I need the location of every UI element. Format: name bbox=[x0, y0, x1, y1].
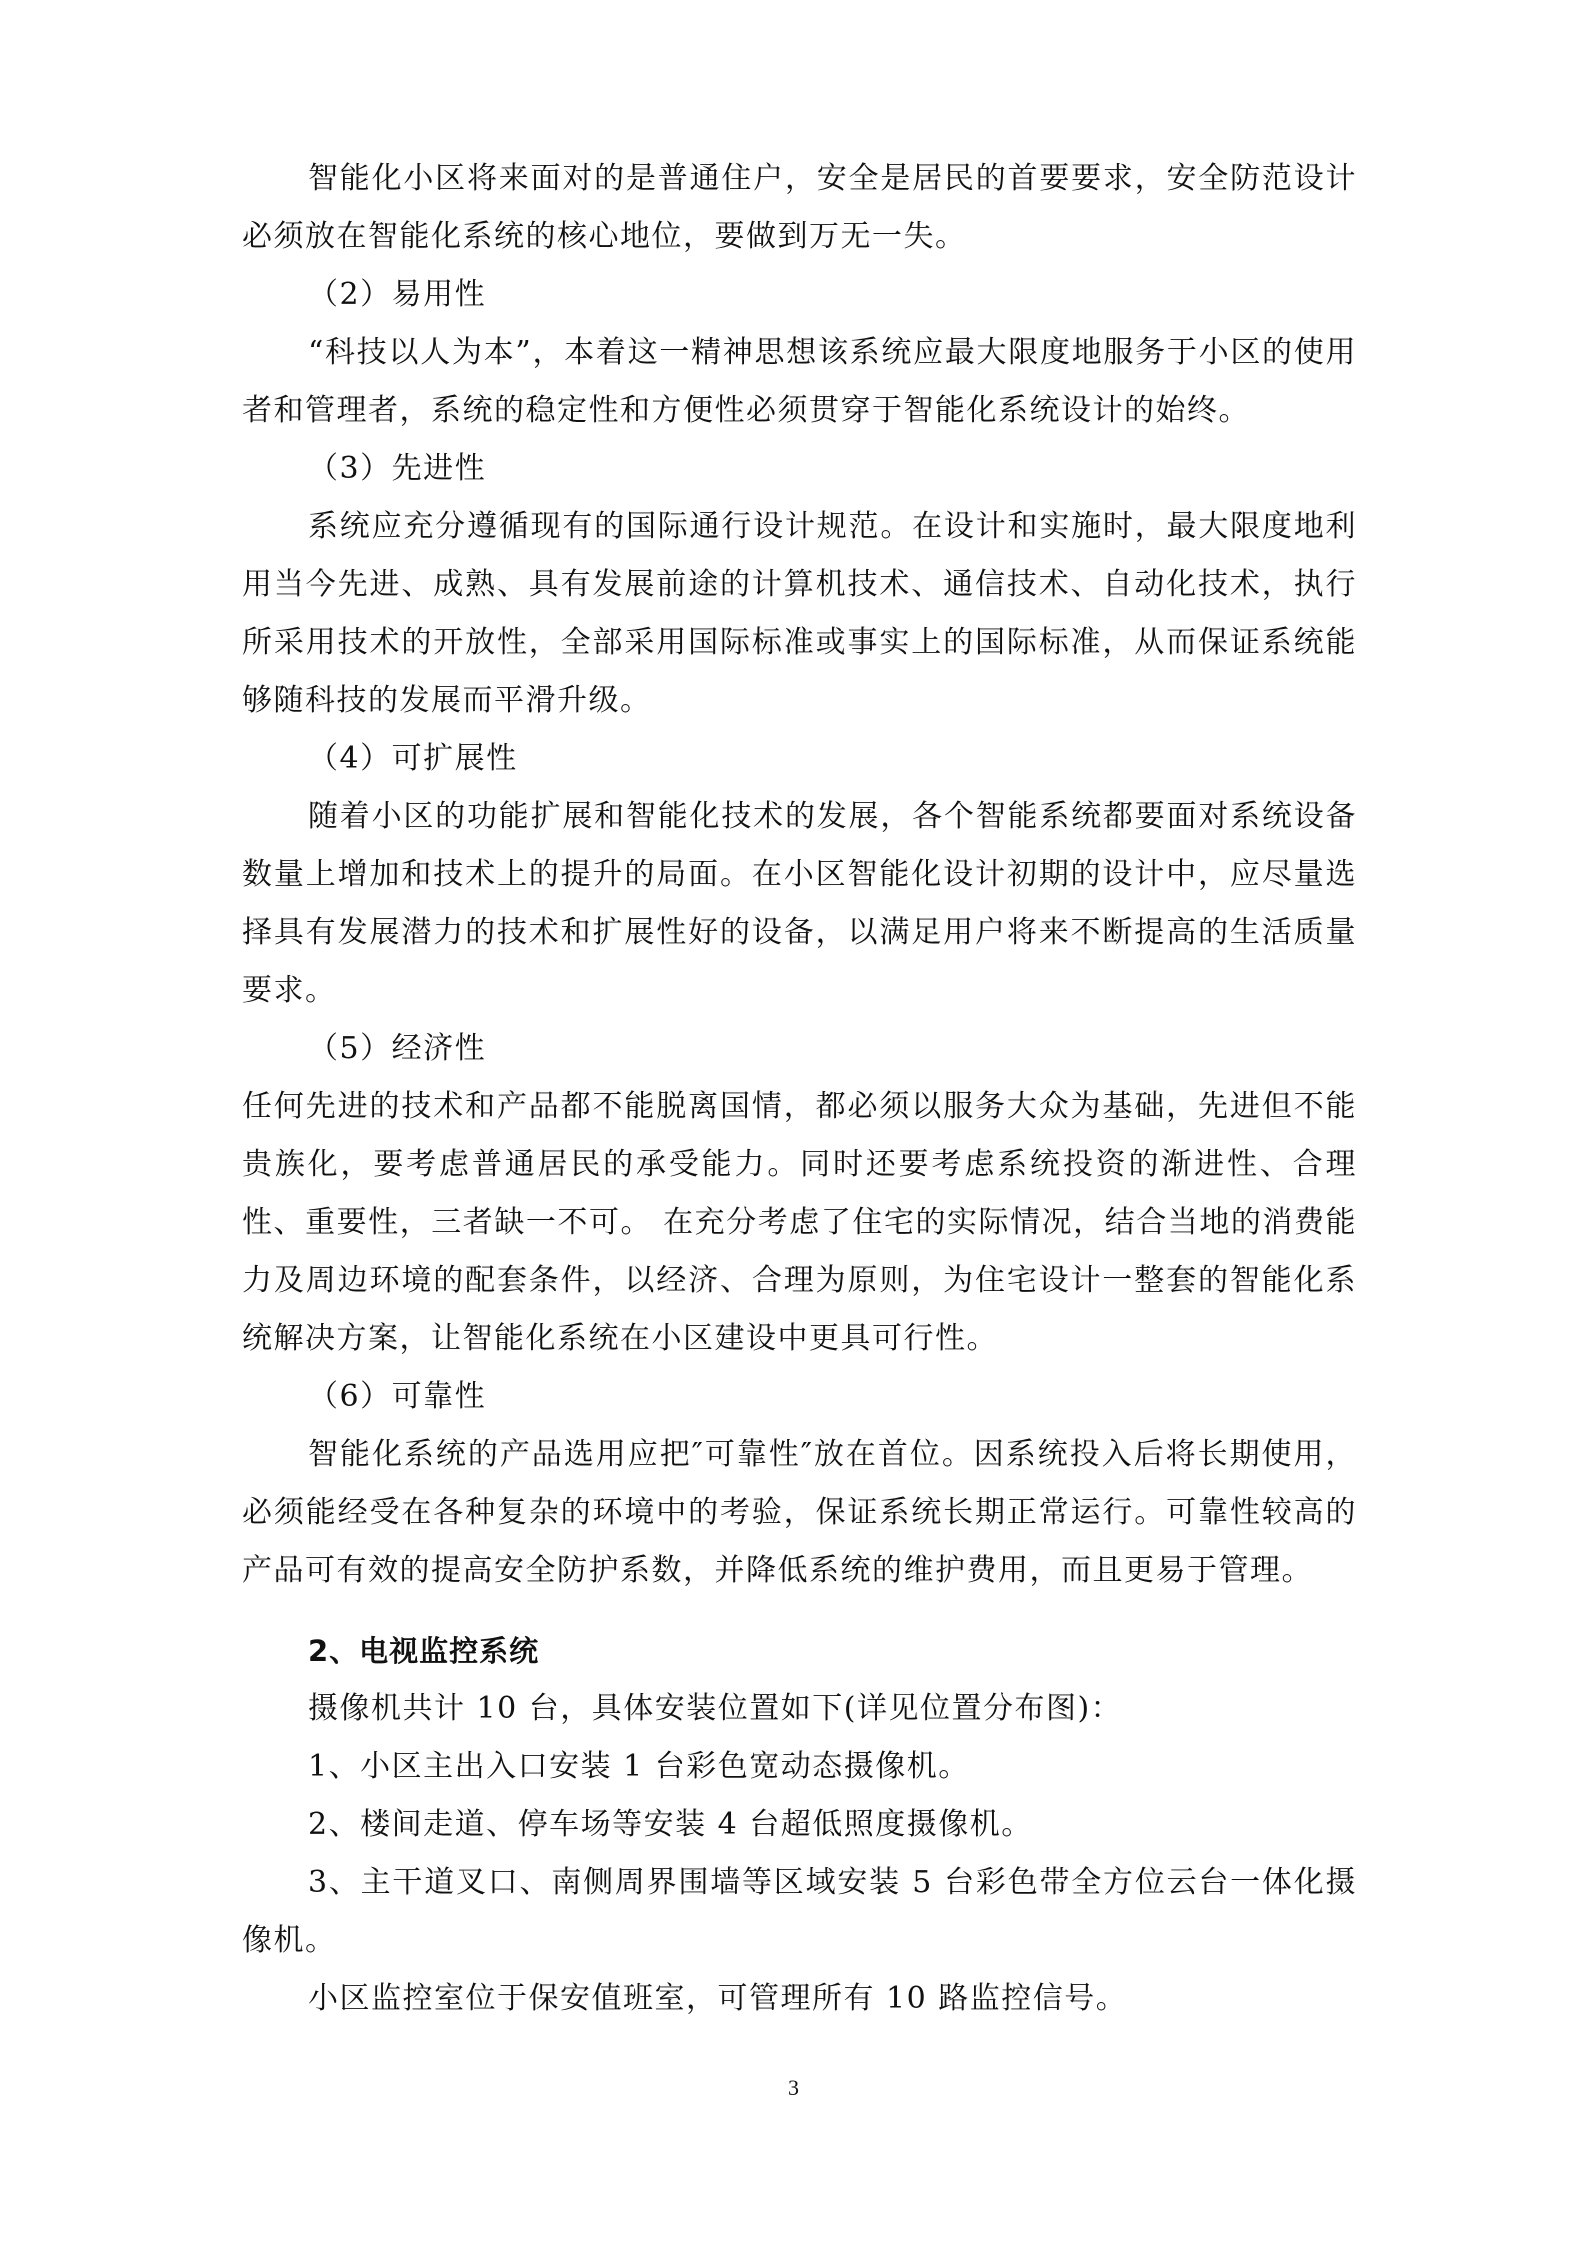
paragraph-usability: “科技以人为本”，本着这一精神思想该系统应最大限度地服务于小区的使用者和管理者，… bbox=[242, 324, 1357, 440]
subheading-advanced: （3）先进性 bbox=[242, 440, 1357, 498]
paragraph-economy: 任何先进的技术和产品都不能脱离国情，都必须以服务大众为基础，先进但不能贵族化，要… bbox=[242, 1078, 1357, 1368]
subheading-scalability: （4）可扩展性 bbox=[242, 730, 1357, 788]
cctv-closing: 小区监控室位于保安值班室，可管理所有 10 路监控信号。 bbox=[242, 1970, 1357, 2028]
document-page: 智能化小区将来面对的是普通住户，安全是居民的首要要求，安全防范设计必须放在智能化… bbox=[242, 150, 1357, 2028]
subheading-reliability: （6）可靠性 bbox=[242, 1368, 1357, 1426]
cctv-item-3: 3、主干道叉口、南侧周界围墙等区域安装 5 台彩色带全方位云台一体化摄像机。 bbox=[242, 1854, 1357, 1970]
section-heading-cctv: 2、电视监控系统 bbox=[242, 1622, 1357, 1680]
cctv-intro: 摄像机共计 10 台，具体安装位置如下(详见位置分布图)： bbox=[242, 1680, 1357, 1738]
paragraph-reliability: 智能化系统的产品选用应把″可靠性″放在首位。因系统投入后将长期使用，必须能经受在… bbox=[242, 1426, 1357, 1600]
cctv-item-1: 1、小区主出入口安装 1 台彩色宽动态摄像机。 bbox=[242, 1738, 1357, 1796]
cctv-item-2: 2、楼间走道、停车场等安装 4 台超低照度摄像机。 bbox=[242, 1796, 1357, 1854]
paragraph-advanced: 系统应充分遵循现有的国际通行设计规范。在设计和实施时，最大限度地利用当今先进、成… bbox=[242, 498, 1357, 730]
subheading-economy: （5）经济性 bbox=[242, 1020, 1357, 1078]
subheading-usability: （2）易用性 bbox=[242, 266, 1357, 324]
page-number: 3 bbox=[0, 2075, 1587, 2101]
paragraph-scalability: 随着小区的功能扩展和智能化技术的发展，各个智能系统都要面对系统设备数量上增加和技… bbox=[242, 788, 1357, 1020]
paragraph-safety: 智能化小区将来面对的是普通住户，安全是居民的首要要求，安全防范设计必须放在智能化… bbox=[242, 150, 1357, 266]
